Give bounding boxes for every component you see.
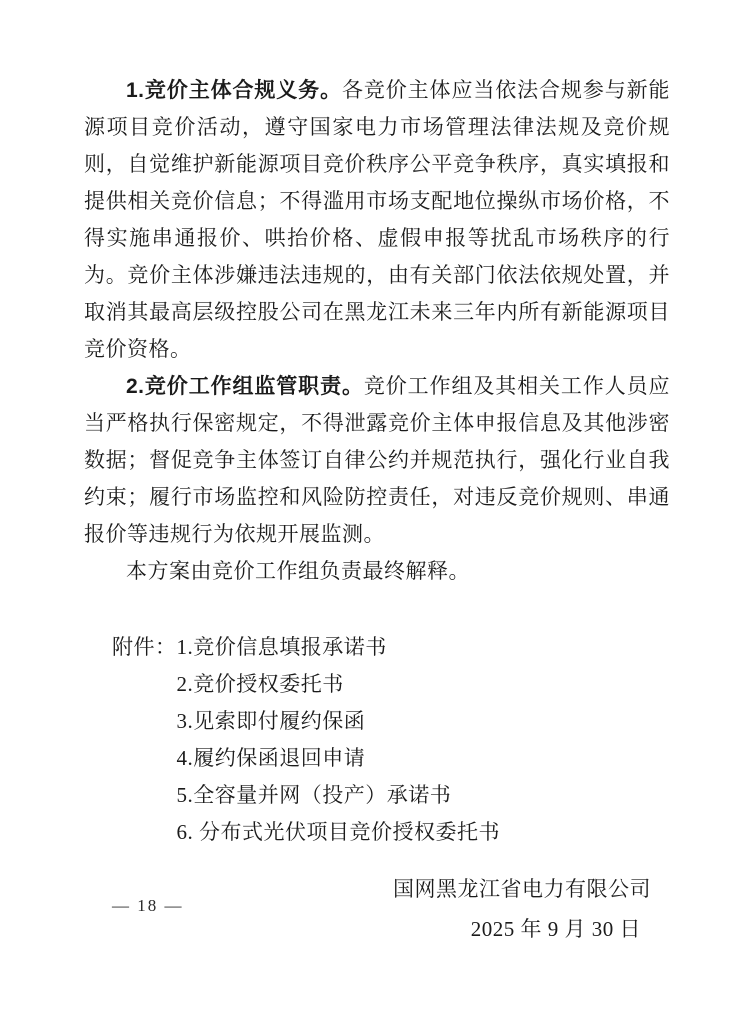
clause-2-text: 竞价工作组及其相关工作人员应当严格执行保密规定，不得泄露竞价主体申报信息及其他涉… xyxy=(84,374,670,546)
interpretation-text: 本方案由竞价工作组负责最终解释。 xyxy=(126,559,470,583)
clause-2-heading: 2.竞价工作组监管职责。 xyxy=(126,375,364,398)
clause-1-heading: 1.竞价主体合规义务。 xyxy=(126,79,342,102)
attachment-item-4: 4.履约保函退回申请 xyxy=(177,740,501,777)
document-body: 1.竞价主体合规义务。各竞价主体应当依法合规参与新能源项目竞价活动，遵守国家电力… xyxy=(84,72,670,944)
attachment-item-1: 1.竞价信息填报承诺书 xyxy=(177,629,501,666)
signature-date: 2025 年 9 月 30 日 xyxy=(84,914,670,944)
clause-1-paragraph: 1.竞价主体合规义务。各竞价主体应当依法合规参与新能源项目竞价活动，遵守国家电力… xyxy=(84,72,670,368)
attachment-item-2: 2.竞价授权委托书 xyxy=(177,666,501,703)
interpretation-paragraph: 本方案由竞价工作组负责最终解释。 xyxy=(84,553,670,590)
document-page: 1.竞价主体合规义务。各竞价主体应当依法合规参与新能源项目竞价活动，遵守国家电力… xyxy=(0,0,751,1009)
attachment-item-6: 6. 分布式光伏项目竞价授权委托书 xyxy=(177,814,501,851)
attachments-block: 附件： 1.竞价信息填报承诺书 2.竞价授权委托书 3.见索即付履约保函 4.履… xyxy=(112,629,670,851)
clause-2-paragraph: 2.竞价工作组监管职责。竞价工作组及其相关工作人员应当严格执行保密规定，不得泄露… xyxy=(84,368,670,553)
attachment-item-3: 3.见索即付履约保函 xyxy=(177,703,501,740)
attachment-item-5: 5.全容量并网（投产）承诺书 xyxy=(177,777,501,814)
clause-1-text: 各竞价主体应当依法合规参与新能源项目竞价活动，遵守国家电力市场管理法律法规及竞价… xyxy=(84,78,670,361)
page-number: — 18 — xyxy=(112,896,184,916)
attachments-label: 附件： xyxy=(112,629,177,666)
attachments-list: 1.竞价信息填报承诺书 2.竞价授权委托书 3.见索即付履约保函 4.履约保函退… xyxy=(177,629,501,851)
